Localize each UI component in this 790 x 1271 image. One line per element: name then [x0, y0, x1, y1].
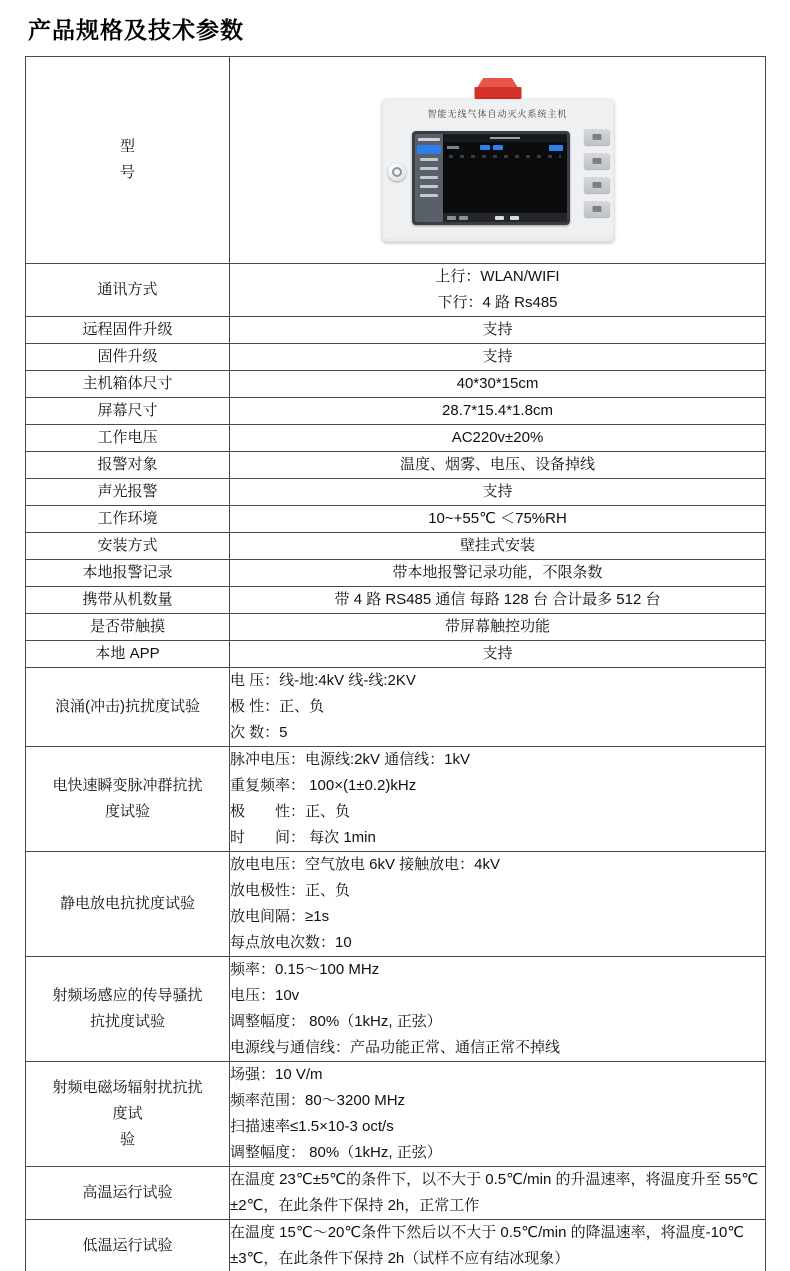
sidebar-item [420, 194, 438, 197]
spec-value-cell: AC220v±20% [230, 425, 766, 452]
spec-label: 声光报警 [97, 479, 157, 505]
device-body [382, 125, 614, 242]
spec-label: 工作电压 [97, 425, 157, 451]
spec-label: 本地 APP [95, 641, 159, 667]
spec-row: 工作电压 AC220v±20% [26, 425, 766, 452]
spec-label-cell: 浪涌(冲击)抗扰度试验 [26, 668, 230, 747]
device-screen [412, 131, 570, 225]
screen-column-headers [449, 155, 561, 158]
spec-value-cell: 频率：0.15～100 MHz 电压：10v 调整幅度： 80%（1kHz, 正… [230, 957, 766, 1062]
spec-row: 电快速瞬变脉冲群抗扰 度试验 脉冲电压：电源线:2kV 通信线：1kV 重复频率… [26, 747, 766, 852]
side-button [584, 177, 610, 193]
spec-row: 射频电磁场辐射扰抗扰 度试 验 场强：10 V/m 频率范围：80～3200 M… [26, 1062, 766, 1167]
spec-value-line: 极 性：正、负 [230, 694, 765, 720]
spec-value-line: 支持 [230, 641, 765, 667]
spec-value-line: 下行：4 路 Rs485 [230, 290, 765, 316]
spec-value-cell: 放电电压：空气放电 6kV 接触放电：4kV 放电极性：正、负 放电间隔：≥1s… [230, 852, 766, 957]
spec-label-cell: 本地 APP [26, 641, 230, 668]
spec-row: 声光报警 支持 [26, 479, 766, 506]
spec-value-line: 调整幅度： 80%（1kHz, 正弦） [230, 1140, 765, 1166]
sidebar-active-item [417, 145, 441, 154]
spec-value-cell: 电 压：线-地:4kV 线-线:2KV 极 性：正、负 次 数：5 [230, 668, 766, 747]
spec-label: 安装方式 [97, 533, 157, 559]
statusbar-chip [510, 216, 519, 220]
spec-value-line: 支持 [230, 344, 765, 370]
spec-value-cell: 在温度 15℃～20℃条件下然后以不大于 0.5℃/min 的降温速率，将温度-… [230, 1220, 766, 1271]
spec-value-line: 频率范围：80～3200 MHz [230, 1088, 765, 1114]
spec-value-cell: 带 4 路 RS485 通信 每路 128 台 合计最多 512 台 [230, 587, 766, 614]
spec-value-line: 40*30*15cm [230, 371, 765, 397]
spec-row: 远程固件升级 支持 [26, 317, 766, 344]
spec-value-line: 支持 [230, 479, 765, 505]
spec-label: 工作环境 [97, 506, 157, 532]
spec-value-cell: 壁挂式安装 [230, 533, 766, 560]
spec-label: 型 号 [120, 134, 135, 186]
spec-value-line: 在温度 15℃～20℃条件下然后以不大于 0.5℃/min 的降温速率，将温度-… [230, 1220, 765, 1271]
spec-label: 射频场感应的传导骚扰 抗扰度试验 [52, 983, 202, 1035]
toolbar-button-chip [493, 145, 503, 150]
spec-value-line: 扫描速率≤1.5×10-3 oct/s [230, 1114, 765, 1140]
spec-label: 静电放电抗扰度试验 [60, 891, 195, 917]
spec-value-cell: 智能无线气体自动灭火系统主机 [230, 57, 766, 264]
control-knob [388, 163, 406, 181]
alarm-beacon-icon [474, 87, 521, 99]
toolbar-button-chip [480, 145, 490, 150]
toolbar-text-bar [447, 146, 459, 149]
spec-label: 浪涌(冲击)抗扰度试验 [55, 694, 200, 720]
spec-value-line: 在温度 23℃±5℃的条件下，以不大于 0.5℃/min 的升温速率，将温度升至… [230, 1167, 765, 1219]
spec-label: 固件升级 [97, 344, 157, 370]
spec-value-cell: 温度、烟雾、电压、设备掉线 [230, 452, 766, 479]
spec-value-cell: 40*30*15cm [230, 371, 766, 398]
sidebar-item [420, 176, 438, 179]
spec-row: 工作环境 10~+55℃ ＜75%RH [26, 506, 766, 533]
spec-value-cell: 支持 [230, 479, 766, 506]
statusbar-chip [459, 216, 468, 220]
spec-row: 屏幕尺寸 28.7*15.4*1.8cm [26, 398, 766, 425]
spec-value-line: 场强：10 V/m [230, 1062, 765, 1088]
device-panel: 智能无线气体自动灭火系统主机 [382, 99, 614, 242]
spec-value-line: 支持 [230, 317, 765, 343]
spec-label: 是否带触摸 [90, 614, 165, 640]
spec-value-line: 重复频率： 100×(1±0.2)kHz [230, 773, 765, 799]
spec-label-cell: 携带从机数量 [26, 587, 230, 614]
spec-row: 携带从机数量 带 4 路 RS485 通信 每路 128 台 合计最多 512 … [26, 587, 766, 614]
screen-content [415, 134, 567, 222]
page-title: 产品规格及技术参数 [28, 12, 790, 45]
spec-row: 通讯方式 上行：WLAN/WIFI 下行：4 路 Rs485 [26, 264, 766, 317]
spec-value-line: 带 4 路 RS485 通信 每路 128 台 合计最多 512 台 [230, 587, 765, 613]
spec-value-line: 脉冲电压：电源线:2kV 通信线：1kV [230, 747, 765, 773]
spec-label: 携带从机数量 [82, 587, 172, 613]
spec-label: 通讯方式 [97, 277, 157, 303]
spec-value-line: 每点放电次数：10 [230, 930, 765, 956]
spec-label-cell: 射频场感应的传导骚扰 抗扰度试验 [26, 957, 230, 1062]
spec-value-line: 次 数：5 [230, 720, 765, 746]
screen-toolbar [443, 142, 567, 153]
screen-title-bar [490, 137, 520, 139]
spec-row: 高温运行试验 在温度 23℃±5℃的条件下，以不大于 0.5℃/min 的升温速… [26, 1167, 766, 1220]
spec-value-line: AC220v±20% [230, 425, 765, 451]
spec-label: 远程固件升级 [82, 317, 172, 343]
screen-sidebar [415, 134, 443, 222]
spec-row: 固件升级 支持 [26, 344, 766, 371]
spec-label: 射频电磁场辐射扰抗扰 度试 验 [52, 1075, 202, 1153]
spec-label-cell: 通讯方式 [26, 264, 230, 317]
spec-value-line: 极 性：正、负 [230, 799, 765, 825]
spec-label: 低温运行试验 [82, 1233, 172, 1259]
spec-value-line: 上行：WLAN/WIFI [230, 264, 765, 290]
spec-row: 射频场感应的传导骚扰 抗扰度试验 频率：0.15～100 MHz 电压：10v … [26, 957, 766, 1062]
screen-statusbar [443, 213, 567, 222]
spec-label-cell: 屏幕尺寸 [26, 398, 230, 425]
spec-value-line: 电压：10v [230, 983, 765, 1009]
spec-value-cell: 在温度 23℃±5℃的条件下，以不大于 0.5℃/min 的升温速率，将温度升至… [230, 1167, 766, 1220]
spec-row: 安装方式 壁挂式安装 [26, 533, 766, 560]
spec-value-line: 带本地报警记录功能，不限条数 [230, 560, 765, 586]
spec-value-cell: 带本地报警记录功能，不限条数 [230, 560, 766, 587]
spec-value-cell: 10~+55℃ ＜75%RH [230, 506, 766, 533]
spec-value-line: 放电间隔：≥1s [230, 904, 765, 930]
spec-label-cell: 本地报警记录 [26, 560, 230, 587]
spec-label-cell: 高温运行试验 [26, 1167, 230, 1220]
spec-row: 浪涌(冲击)抗扰度试验 电 压：线-地:4kV 线-线:2KV 极 性：正、负 … [26, 668, 766, 747]
spec-row: 静电放电抗扰度试验 放电电压：空气放电 6kV 接触放电：4kV 放电极性：正、… [26, 852, 766, 957]
product-photo: 智能无线气体自动灭火系统主机 [230, 57, 765, 263]
spec-value-line: 电源线与通信线：产品功能正常、通信正常不掉线 [230, 1035, 765, 1061]
spec-label-cell: 安装方式 [26, 533, 230, 560]
spec-label-cell: 低温运行试验 [26, 1220, 230, 1271]
spec-value-line: 壁挂式安装 [230, 533, 765, 559]
spec-value-cell: 场强：10 V/m 频率范围：80～3200 MHz 扫描速率≤1.5×10-3… [230, 1062, 766, 1167]
alarm-beacon-icon [478, 78, 518, 87]
statusbar-chip [495, 216, 504, 220]
spec-label: 电快速瞬变脉冲群抗扰 度试验 [52, 773, 202, 825]
toolbar-button-chip [549, 145, 563, 151]
screen-titlebar [443, 134, 567, 142]
sidebar-header-bar [418, 138, 440, 141]
spec-value-line: 10~+55℃ ＜75%RH [230, 506, 765, 532]
spec-value-cell: 支持 [230, 317, 766, 344]
spec-label: 报警对象 [97, 452, 157, 478]
spec-value-cell: 带屏幕触控功能 [230, 614, 766, 641]
spec-row: 是否带触摸 带屏幕触控功能 [26, 614, 766, 641]
spec-label-cell: 型 号 [26, 57, 230, 264]
spec-value-cell: 28.7*15.4*1.8cm [230, 398, 766, 425]
spec-label-cell: 静电放电抗扰度试验 [26, 852, 230, 957]
spec-value-line: 调整幅度： 80%（1kHz, 正弦） [230, 1009, 765, 1035]
spec-value-line: 放电极性：正、负 [230, 878, 765, 904]
spec-row: 本地 APP 支持 [26, 641, 766, 668]
spec-row: 本地报警记录 带本地报警记录功能，不限条数 [26, 560, 766, 587]
side-button [584, 129, 610, 145]
spec-label-cell: 报警对象 [26, 452, 230, 479]
spec-value-line: 电 压：线-地:4kV 线-线:2KV [230, 668, 765, 694]
spec-label-cell: 工作电压 [26, 425, 230, 452]
spec-row: 主机箱体尺寸 40*30*15cm [26, 371, 766, 398]
spec-value-line: 频率：0.15～100 MHz [230, 957, 765, 983]
spec-label-cell: 主机箱体尺寸 [26, 371, 230, 398]
spec-value-cell: 支持 [230, 641, 766, 668]
spec-label: 本地报警记录 [82, 560, 172, 586]
spec-value-cell: 脉冲电压：电源线:2kV 通信线：1kV 重复频率： 100×(1±0.2)kH… [230, 747, 766, 852]
device-label: 智能无线气体自动灭火系统主机 [382, 107, 614, 120]
spec-value-cell: 支持 [230, 344, 766, 371]
spec-table: 型 号 智能无线气体自动灭火系统主机 [25, 56, 766, 1271]
spec-value-line: 温度、烟雾、电压、设备掉线 [230, 452, 765, 478]
spec-label-cell: 工作环境 [26, 506, 230, 533]
spec-label: 屏幕尺寸 [97, 398, 157, 424]
spec-label: 高温运行试验 [82, 1180, 172, 1206]
side-button-column [584, 129, 610, 217]
spec-label-cell: 固件升级 [26, 344, 230, 371]
spec-label-cell: 远程固件升级 [26, 317, 230, 344]
sidebar-item [420, 167, 438, 170]
spec-value-cell: 上行：WLAN/WIFI 下行：4 路 Rs485 [230, 264, 766, 317]
side-button [584, 153, 610, 169]
spec-value-line: 时 间： 每次 1min [230, 825, 765, 851]
spec-value-line: 28.7*15.4*1.8cm [230, 398, 765, 424]
sidebar-item [420, 158, 438, 161]
spec-label-cell: 是否带触摸 [26, 614, 230, 641]
spec-label-cell: 射频电磁场辐射扰抗扰 度试 验 [26, 1062, 230, 1167]
spec-row: 低温运行试验 在温度 15℃～20℃条件下然后以不大于 0.5℃/min 的降温… [26, 1220, 766, 1271]
spec-row: 报警对象 温度、烟雾、电压、设备掉线 [26, 452, 766, 479]
spec-label-cell: 声光报警 [26, 479, 230, 506]
spec-row-model: 型 号 智能无线气体自动灭火系统主机 [26, 57, 766, 264]
side-button [584, 201, 610, 217]
spec-label-cell: 电快速瞬变脉冲群抗扰 度试验 [26, 747, 230, 852]
device-host: 智能无线气体自动灭火系统主机 [382, 78, 614, 242]
spec-value-line: 带屏幕触控功能 [230, 614, 765, 640]
spec-value-line: 放电电压：空气放电 6kV 接触放电：4kV [230, 852, 765, 878]
sidebar-item [420, 185, 438, 188]
screen-main-area [443, 134, 567, 222]
spec-label: 主机箱体尺寸 [82, 371, 172, 397]
statusbar-chip [447, 216, 456, 220]
